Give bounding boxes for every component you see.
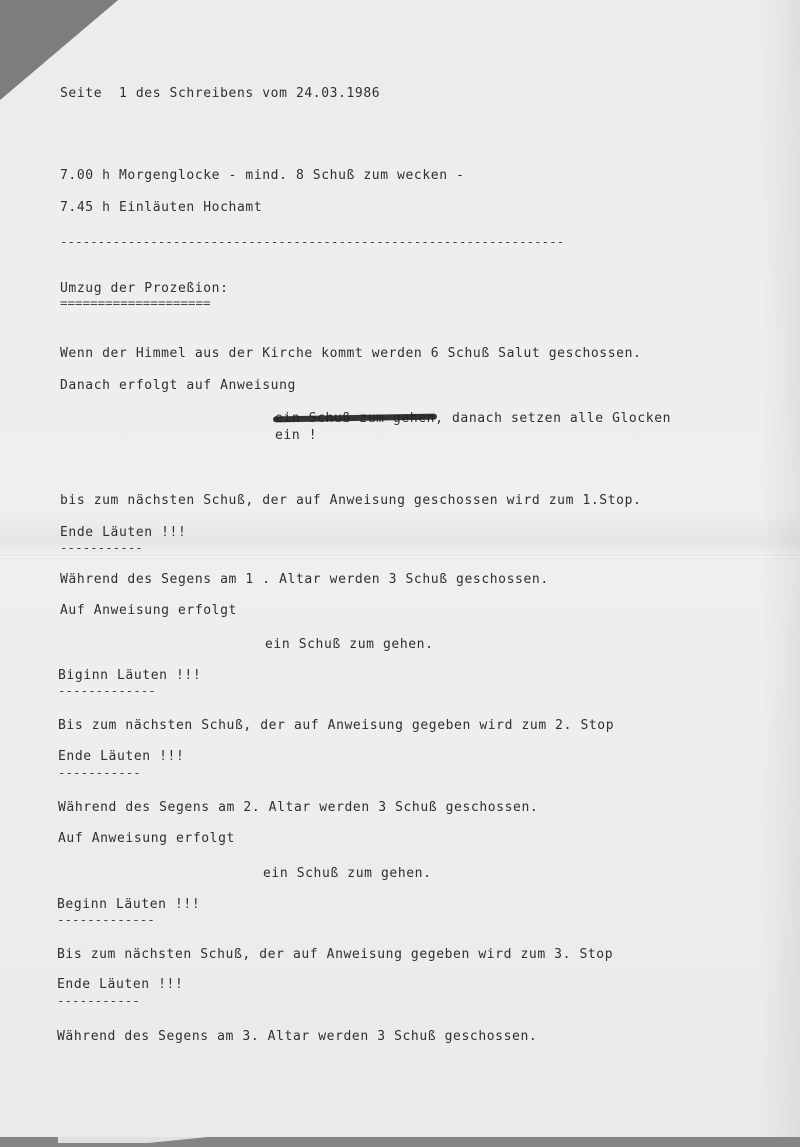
ende-laeuten-2-underline: -----------: [58, 765, 141, 781]
altar-2: Während des Segens am 2. Altar werden 3 …: [58, 800, 538, 816]
schedule-line-1: 7.00 h Morgenglocke - mind. 8 Schuß zum …: [60, 168, 464, 184]
paragraph-stop-2: Bis zum nächsten Schuß, der auf Anweisun…: [58, 718, 614, 734]
paper-curl: [58, 1137, 208, 1143]
gehen-1: ein Schuß zum gehen.: [265, 637, 434, 653]
paper-page: Seite 1 des Schreibens vom 24.03.1986 7.…: [0, 0, 800, 1137]
ende-laeuten-1: Ende Läuten !!!: [60, 525, 186, 541]
anweisung-2: Auf Anweisung erfolgt: [58, 831, 235, 847]
section-underline: ====================: [60, 295, 211, 311]
struck-text: ein Schuß zum gehen: [275, 411, 435, 426]
ende-laeuten-3: Ende Läuten !!!: [57, 977, 183, 993]
paragraph-glocken: ein Schuß zum gehen, danach setzen alle …: [275, 411, 671, 427]
beginn-laeuten-2-underline: -------------: [57, 912, 155, 928]
separator-line: ----------------------------------------…: [60, 234, 564, 250]
beginn-laeuten-1-underline: -------------: [58, 683, 156, 699]
paragraph-stop-3: Bis zum nächsten Schuß, der auf Anweisun…: [57, 947, 613, 963]
glocken-text: , danach setzen alle Glocken: [435, 411, 671, 426]
paragraph-danach: Danach erfolgt auf Anweisung: [60, 378, 296, 394]
schedule-line-2: 7.45 h Einläuten Hochamt: [60, 200, 262, 216]
paragraph-glocken-cont: ein !: [275, 428, 317, 444]
ende-laeuten-2: Ende Läuten !!!: [58, 749, 184, 765]
beginn-laeuten-2: Beginn Läuten !!!: [57, 897, 200, 913]
paragraph-himmel: Wenn der Himmel aus der Kirche kommt wer…: [60, 346, 641, 362]
paragraph-stop-1: bis zum nächsten Schuß, der auf Anweisun…: [60, 493, 641, 509]
ende-laeuten-1-underline: -----------: [60, 540, 143, 556]
anweisung-1: Auf Anweisung erfolgt: [60, 603, 237, 619]
beginn-laeuten-1: Biginn Läuten !!!: [58, 668, 201, 684]
ende-laeuten-3-underline: -----------: [57, 993, 140, 1009]
altar-3: Während des Segens am 3. Altar werden 3 …: [57, 1029, 537, 1045]
folded-corner: [0, 0, 118, 100]
gehen-2: ein Schuß zum gehen.: [263, 866, 432, 882]
page-shadow: [760, 0, 800, 1137]
altar-1: Während des Segens am 1 . Altar werden 3…: [60, 572, 549, 588]
